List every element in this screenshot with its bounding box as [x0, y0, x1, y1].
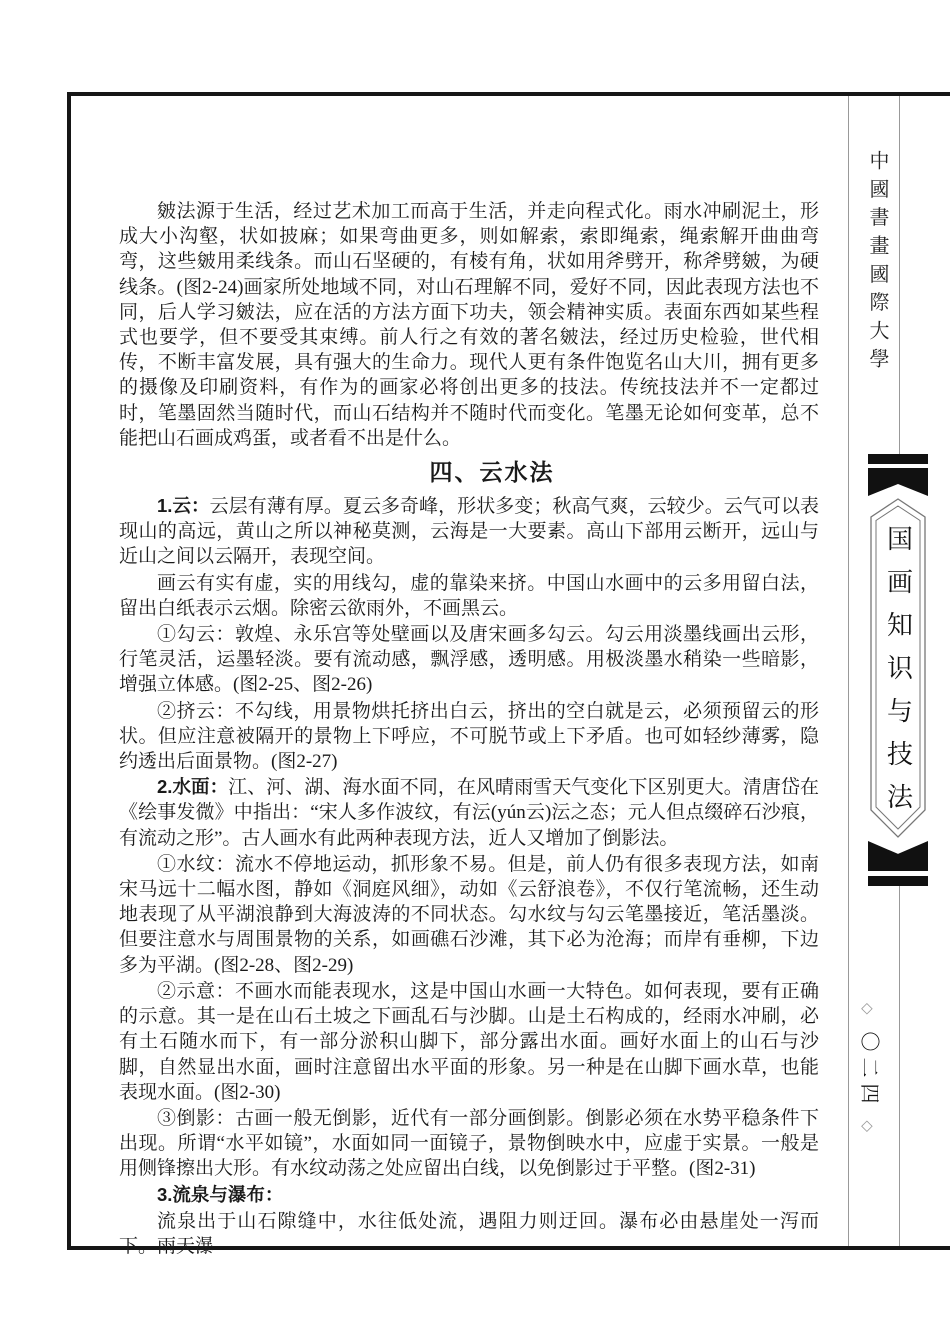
- banner: 国画知识与技法: [868, 454, 928, 886]
- body-paragraph: ②示意：不画水而能表现水，这是中国山水画一大特色。如何表现，要有正确的示意。其一…: [119, 978, 819, 1105]
- paragraph-lead: 3.流泉与瀑布：: [157, 1184, 283, 1205]
- banner-bottom-ribbon: [868, 841, 928, 871]
- banner-top-ribbon: [868, 468, 928, 496]
- page-number-text: 〇二四: [858, 1032, 880, 1110]
- body-paragraph: ②挤云：不勾线，用景物烘托挤出白云，挤出的空白就是云，必须预留云的形状。但应注意…: [119, 698, 819, 775]
- paragraph-text: 流泉出于山石隙缝中，水往低处流，遇阻力则迂回。瀑布必由悬崖处一泻而下。雨天瀑: [119, 1211, 819, 1257]
- paragraph-lead: 2.水面：: [157, 776, 228, 797]
- paragraph-text: ③倒影：古画一般无倒影，近代有一部分画倒影。倒影必须在水势平稳条件下出现。所谓“…: [119, 1108, 819, 1179]
- intro-paragraph: 皴法源于生活，经过艺术加工而高于生活，并走向程式化。雨水冲刷泥土，形成大小沟壑，…: [119, 199, 819, 451]
- banner-top-bar: [868, 454, 928, 464]
- banner-title: 国画知识与技法: [880, 525, 917, 826]
- body-paragraph: 2.水面：江、河、湖、海水面不同，在风晴雨雪天气变化下区别更大。清唐岱在《绘事发…: [119, 774, 819, 851]
- paragraph-text: 云层有薄有厚。夏云多奇峰，形状多变；秋高气爽，云较少。云气可以表现山的高远，黄山…: [119, 496, 819, 567]
- body-paragraph: ①水纹：流水不停地运动，抓形象不易。但是，前人仍有很多表现方法，如南宋马远十二幅…: [119, 851, 819, 978]
- body-paragraph: 流泉出于山石隙缝中，水往低处流，遇阻力则迂回。瀑布必由悬崖处一泻而下。雨天瀑: [119, 1208, 819, 1259]
- page-number: ◇ 〇二四 ◇: [857, 1003, 886, 1138]
- banner-bottom-bar: [868, 876, 928, 886]
- paragraph-text: ①勾云：敦煌、永乐宫等处壁画以及唐宋画多勾云。勾云用淡墨线画出云形，行笔灵活，运…: [119, 624, 819, 695]
- body-paragraph: ①勾云：敦煌、永乐宫等处壁画以及唐宋画多勾云。勾云用淡墨线画出云形，行笔灵活，运…: [119, 621, 819, 698]
- paragraph-text: 画云有实有虚，实的用线勾，虚的靠染来挤。中国山水画中的云多用留白法，留出白纸表示…: [119, 573, 819, 619]
- body-paragraph: 3.流泉与瀑布：: [119, 1182, 819, 1208]
- paragraph-text: ②挤云：不勾线，用景物烘托挤出白云，挤出的空白就是云，必须预留云的形状。但应注意…: [119, 701, 819, 772]
- banner-cartouche: 国画知识与技法: [868, 498, 928, 839]
- running-title: 中國書畫國際大學: [863, 150, 892, 376]
- body-text: 皴法源于生活，经过艺术加工而高于生活，并走向程式化。雨水冲刷泥土，形成大小沟壑，…: [119, 199, 819, 1259]
- diamond-ornament-icon: ◇: [859, 1121, 875, 1139]
- body-paragraph: ③倒影：古画一般无倒影，近代有一部分画倒影。倒影必须在水势平稳条件下出现。所谓“…: [119, 1105, 819, 1182]
- section-heading: 四、云水法: [119, 458, 819, 488]
- body-paragraph: 1.云：云层有薄有厚。夏云多奇峰，形状多变；秋高气爽，云较少。云气可以表现山的高…: [119, 493, 819, 570]
- sidebar-rule-left: [848, 96, 849, 1246]
- paragraph-text: ①水纹：流水不停地运动，抓形象不易。但是，前人仍有很多表现方法，如南宋马远十二幅…: [119, 854, 819, 976]
- paragraph-text: ②示意：不画水而能表现水，这是中国山水画一大特色。如何表现，要有正确的示意。其一…: [119, 981, 819, 1103]
- paragraph-lead: 1.云：: [157, 495, 210, 516]
- diamond-ornament-icon: ◇: [859, 1003, 875, 1021]
- body-paragraph: 画云有实有虚，实的用线勾，虚的靠染来挤。中国山水画中的云多用留白法，留出白纸表示…: [119, 570, 819, 621]
